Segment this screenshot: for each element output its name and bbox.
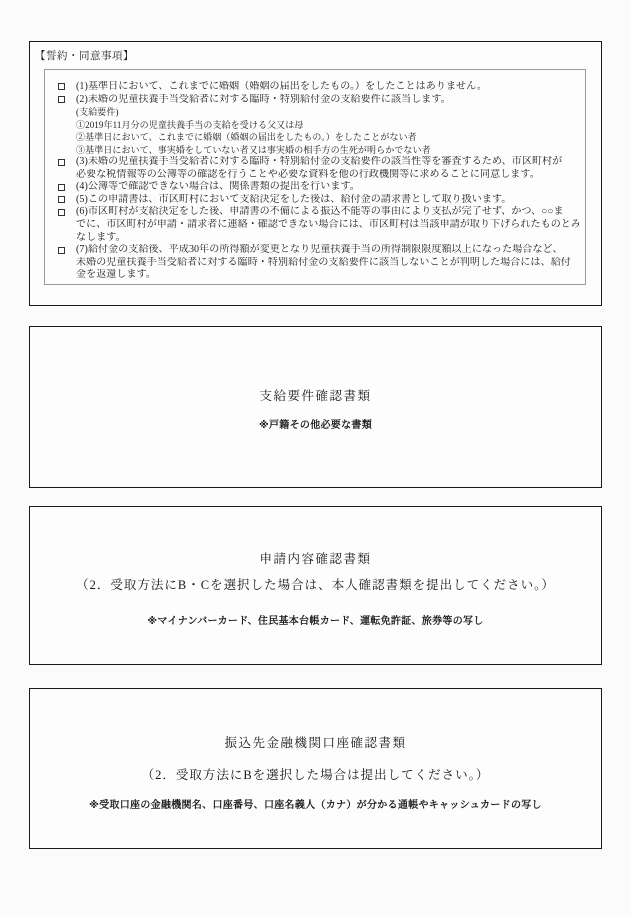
pledge-line-text: (3)未婚の児童扶養手当受給者に対する臨時・特別給付金の支給要件の該当性等を審査… (76, 156, 562, 167)
pledge-line-4: (4)公簿等で確認できない場合は、関係書類の提出を行います。 (45, 181, 579, 194)
pledge-line-text: (2)未婚の児童扶養手当受給者に対する臨時・特別給付金の支給要件に該当します。 (76, 94, 451, 105)
pledge-line-text: (5)この申請書は、市区町村において支給決定をした後は、給付金の請求書として取り… (76, 194, 511, 205)
pledge-line-2-subheading: (支給要件) (45, 106, 579, 119)
pledge-line-text: 金を返還します。 (76, 269, 156, 280)
section-condition: （2．受取方法にBを選択した場合は提出してください。） (30, 765, 601, 783)
pledge-line-2: (2)未婚の児童扶養手当受給者に対する臨時・特別給付金の支給要件に該当します。 (45, 94, 579, 107)
pledge-line-text: ③基準日において、事実婚をしていない者又は事実婚の相手方の生死が明らかでない者 (76, 145, 431, 155)
section-note: ※戸籍その他必要な書類 (30, 416, 601, 431)
pledge-line-text: (1)基準日において、これまでに婚姻（婚姻の届出をしたもの。）をしたことはありま… (76, 81, 487, 92)
pledge-line-6-continued-2: なします。 (45, 232, 579, 245)
pledge-line-2-item-2: ②基準日において、これまでに婚姻（婚姻の届出をしたもの。）をしたことがない者 (45, 131, 579, 144)
checkbox-icon (58, 184, 65, 191)
pledge-line-7-continued: 未婚の児童扶養手当受給者に対する臨時・特別給付金の支給要件に該当しないことが判明… (45, 257, 579, 270)
pledge-line-3-continued: 必要な税情報等の公簿等の確認を行うことや必要な資料を他の行政機関等に求めることに… (45, 169, 579, 182)
section-bank-account-documents: 振込先金融機関口座確認書類 （2．受取方法にBを選択した場合は提出してください。… (29, 688, 602, 849)
pledge-line-text: なします。 (76, 232, 126, 243)
checkbox-icon (58, 196, 65, 203)
pledge-heading: 【誓約・同意事項】 (35, 48, 134, 63)
pledge-line-1: (1)基準日において、これまでに婚姻（婚姻の届出をしたもの。）をしたことはありま… (45, 81, 579, 94)
pledge-line-text: (支給要件) (76, 107, 119, 117)
section-note: ※受取口座の金融機関名、口座番号、口座名義人（カナ）が分かる通帳やキャッシュカー… (30, 796, 601, 811)
pledge-line-6-continued: でに、市区町村が申請・請求者に連絡・確認できない場合には、市区町村は当該申請が取… (45, 219, 579, 232)
pledge-line-text: (4)公簿等で確認できない場合は、関係書類の提出を行います。 (76, 181, 360, 192)
section-title: 振込先金融機関口座確認書類 (30, 733, 601, 751)
pledge-line-text: 未婚の児童扶養手当受給者に対する臨時・特別給付金の支給要件に該当しないことが判明… (76, 257, 571, 268)
pledge-line-text: でに、市区町村が申請・請求者に連絡・確認できない場合には、市区町村は当該申請が取… (76, 219, 579, 230)
pledge-line-2-item-1: ①2019年11月分の児童扶養手当の支給を受ける父又は母 (45, 119, 579, 132)
section-payment-requirement-documents: 支給要件確認書類 ※戸籍その他必要な書類 (29, 326, 602, 488)
document-page: 【誓約・同意事項】 (1)基準日において、これまでに婚姻（婚姻の届出をしたもの。… (0, 0, 630, 915)
pledge-line-text: ①2019年11月分の児童扶養手当の支給を受ける父又は母 (76, 120, 303, 130)
pledge-inner-box: (1)基準日において、これまでに婚姻（婚姻の届出をしたもの。）をしたことはありま… (44, 69, 586, 285)
pledge-line-7-continued-2: 金を返還します。 (45, 269, 579, 282)
section-title: 申請内容確認書類 (30, 549, 601, 567)
pledge-line-6: (6)市区町村が支給決定をした後、申請書の不備による振込不能等の事由により支払が… (45, 206, 579, 219)
section-note: ※マイナンバーカード、住民基本台帳カード、運転免許証、旅券等の写し (30, 612, 601, 627)
checkbox-icon (58, 83, 65, 90)
checkbox-icon (58, 96, 65, 103)
pledge-line-5: (5)この申請書は、市区町村において支給決定をした後は、給付金の請求書として取り… (45, 194, 579, 207)
pledge-line-text: ②基準日において、これまでに婚姻（婚姻の届出をしたもの。）をしたことがない者 (76, 132, 417, 142)
checkbox-icon (58, 209, 65, 216)
section-title: 支給要件確認書類 (30, 386, 601, 404)
checkbox-icon (58, 159, 65, 166)
pledge-line-2-item-3: ③基準日において、事実婚をしていない者又は事実婚の相手方の生死が明らかでない者 (45, 144, 579, 157)
pledge-line-7: (7)給付金の支給後、平成30年の所得額が変更となり児童扶養手当の所得制限限度額… (45, 244, 579, 257)
section-condition: （2．受取方法にB・Cを選択した場合は、本人確認書類を提出してください。） (30, 575, 601, 593)
pledge-line-3: (3)未婚の児童扶養手当受給者に対する臨時・特別給付金の支給要件の該当性等を審査… (45, 156, 579, 169)
pledge-line-text: 必要な税情報等の公簿等の確認を行うことや必要な資料を他の行政機関等に求めることに… (76, 169, 540, 180)
pledge-line-text: (7)給付金の支給後、平成30年の所得額が変更となり児童扶養手当の所得制限限度額… (76, 244, 563, 255)
checkbox-icon (58, 247, 65, 254)
section-application-content-documents: 申請内容確認書類 （2．受取方法にB・Cを選択した場合は、本人確認書類を提出して… (29, 506, 602, 665)
pledge-section: 【誓約・同意事項】 (1)基準日において、これまでに婚姻（婚姻の届出をしたもの。… (29, 41, 602, 306)
pledge-line-text: (6)市区町村が支給決定をした後、申請書の不備による振込不能等の事由により支払が… (76, 206, 564, 217)
